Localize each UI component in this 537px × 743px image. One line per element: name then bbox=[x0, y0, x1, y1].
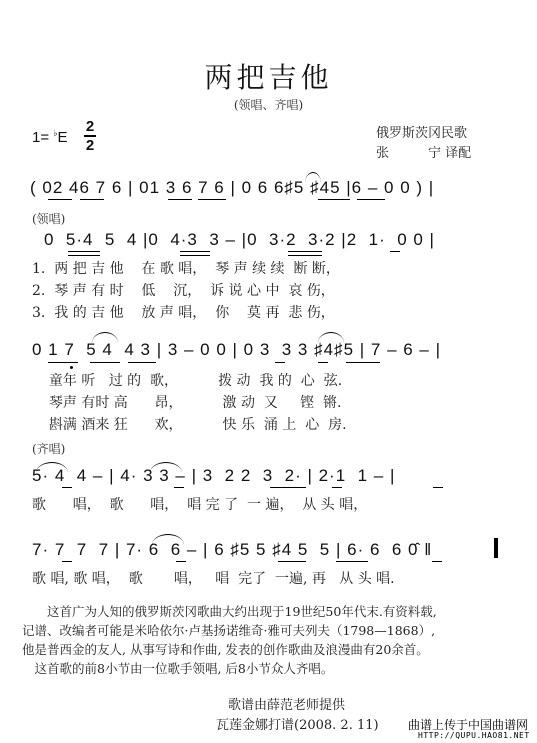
translator-credit: 张 宁 译配 bbox=[376, 142, 471, 161]
song-title: 两把吉他 bbox=[0, 56, 537, 96]
provider-credit: 歌谱由薛范老师提供 bbox=[228, 694, 345, 713]
tie-slur bbox=[305, 172, 321, 183]
tie-slur bbox=[152, 534, 184, 545]
lyric-verse-2: 琴声 有时 高 昂， 激 动 又 铿 锵. bbox=[40, 392, 342, 412]
underline bbox=[336, 561, 368, 562]
typeset-credit: 瓦莲金娜打谱(2008. 2. 11) bbox=[216, 714, 379, 733]
section-label-lead: (领唱) bbox=[32, 210, 65, 227]
notation-line-2: 0 5·4 5 4 |0 4·3 3 – |0 3·2 3·2 |2 1· 0 … bbox=[44, 230, 435, 250]
double-underline bbox=[180, 251, 210, 256]
key-signature: 1= ♭E bbox=[32, 128, 68, 146]
section-label-chorus: (齐唱) bbox=[32, 440, 65, 457]
time-signature: 2 2 bbox=[84, 119, 96, 153]
underline bbox=[128, 362, 156, 363]
underline bbox=[62, 487, 72, 488]
notation-line-3: 0 1 7 5 4 4 3 | 3 – 0 0 | 0 3 3 3 ♯4♯5 |… bbox=[32, 340, 441, 360]
time-denominator: 2 bbox=[84, 138, 96, 153]
underline bbox=[432, 561, 442, 562]
double-underline bbox=[68, 251, 100, 256]
underline bbox=[198, 199, 226, 200]
lyric-verse-1: 童年 听 过 的 歌， 拨 动 我 的 心 弦. bbox=[40, 370, 342, 390]
notation-line-4: 5· 4 4 – | 4· 3 3 – | 3 2 2 3 2· | 2·1 1… bbox=[32, 466, 395, 486]
origin-credit: 俄罗斯茨冈民歌 bbox=[376, 122, 467, 141]
key-note: E bbox=[58, 129, 68, 146]
song-subtitle: (领唱、齐唱) bbox=[0, 96, 537, 113]
notation-line-intro: ( 02 46 7 6 | 01 3 6 7 6 | 0 6 6♯5 ♯45 |… bbox=[30, 178, 434, 198]
underline bbox=[390, 251, 400, 252]
underline bbox=[176, 561, 186, 562]
underline bbox=[48, 362, 78, 363]
lyric-verse-1: 1. 两 把 吉 他 在 歌 唱， 琴 声 续 续 断 断， bbox=[32, 258, 340, 278]
time-numerator: 2 bbox=[84, 119, 96, 134]
lower-octave-dot bbox=[70, 366, 73, 369]
notes-line-3: 他是普西金的友人, 从事写诗和作曲, 发表的创作歌曲及浪漫曲有20余首。 bbox=[22, 640, 429, 659]
lyric-chorus-1: 歌 唱， 歌 唱， 唱 完 了 一 遍， 从 头 唱， bbox=[32, 494, 367, 514]
watermark-url: HTTP://QUPU.HAO81.NET bbox=[418, 731, 530, 740]
tie-slur bbox=[36, 462, 68, 473]
underline bbox=[318, 199, 350, 200]
underline bbox=[433, 487, 443, 488]
lyric-verse-3: 斟满 酒来 狂 欢， 快 乐 涌 上 心 房. bbox=[40, 414, 347, 434]
lyric-verse-2: 2. 琴 声 有 时 低 沉， 诉 说 心 中 哀 伤， bbox=[32, 280, 335, 300]
underline bbox=[275, 362, 285, 363]
tie-slur bbox=[318, 332, 344, 343]
underline bbox=[90, 362, 120, 363]
lyric-chorus-2: 歌 唱, 歌 唱， 歌 唱， 唱 完了 一遍, 再 从 头 唱. bbox=[32, 568, 395, 588]
notes-line-4: 这首歌的前8小节由一位歌手领唱, 后8小节众人齐唱。 bbox=[22, 659, 333, 678]
underline bbox=[174, 487, 184, 488]
notes-line-1: 这首广为人知的俄罗斯茨冈歌曲大约出现于19世纪50年代末.有资料载, bbox=[22, 602, 437, 621]
double-underline bbox=[288, 251, 322, 256]
notes-line-2: 记谱、改编者可能是米哈依尔·卢基扬诺维奇·雅可夫列夫（1798—1868）, bbox=[22, 621, 435, 640]
lyric-verse-3: 3. 我 的 吉 他 放 声 唱， 你 莫 再 悲 伤， bbox=[32, 302, 335, 322]
underline bbox=[318, 362, 328, 363]
underline bbox=[332, 487, 342, 488]
underline bbox=[62, 561, 72, 562]
underline bbox=[168, 199, 192, 200]
final-barline bbox=[494, 538, 498, 558]
notation-line-5: 7· 7 7 7 | 7· 6 6 – | 6 ♯5 5 ♯4 5 5 | 6·… bbox=[32, 540, 432, 560]
tie-slur bbox=[92, 332, 118, 343]
underline bbox=[357, 199, 385, 200]
underline bbox=[48, 199, 72, 200]
key-prefix: 1= bbox=[32, 129, 53, 146]
underline bbox=[270, 487, 306, 488]
tie-slur bbox=[150, 462, 182, 473]
underline bbox=[80, 199, 104, 200]
underline bbox=[278, 561, 306, 562]
underline bbox=[346, 362, 380, 363]
